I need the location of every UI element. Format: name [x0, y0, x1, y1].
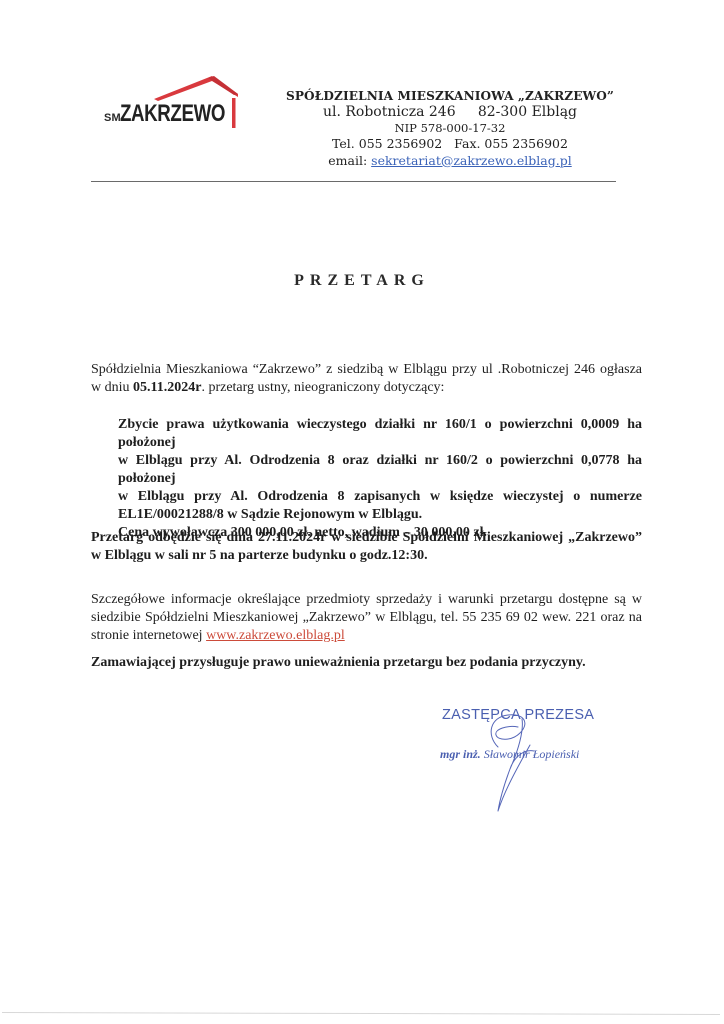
subject-paragraph: Zbycie prawa użytkowania wieczystego dzi…: [118, 416, 642, 542]
organization-name: SPÓŁDZIELNIA MIESZKANIOWA „ZAKRZEWO”: [285, 88, 615, 103]
organization-address: ul. Robotnicza 246 82-300 Elbląg: [280, 103, 620, 121]
scan-edge: [2, 1012, 720, 1015]
organization-nip: NIP 578-000-17-32: [280, 121, 620, 136]
venue-line-2: w Elblągu w sali nr 5 na parterze budynk…: [91, 547, 642, 565]
header-divider: [91, 181, 616, 182]
subject-line: w Elblągu przy Al. Odrodzenia 8 oraz dzi…: [118, 452, 642, 488]
details-prefix: stronie internetowej: [91, 628, 206, 643]
intro-suffix: . przetarg ustny, nieograniczony dotyczą…: [201, 380, 444, 395]
details-line-2: siedzibie Spółdzielni Mieszkaniowej „Zak…: [91, 609, 642, 627]
venue-paragraph: Przetarg odbędzie się dnia 27.11.2024r w…: [91, 529, 642, 565]
subject-line: EL1E/00021288/8 w Sądzie Rejonowym w Elb…: [118, 506, 642, 524]
auction-announcement-date: 05.11.2024r: [133, 380, 201, 395]
document-title: PRZETARG: [0, 272, 724, 290]
intro-paragraph: Spółdzielnia Mieszkaniowa “Zakrzewo” z s…: [91, 361, 642, 397]
subject-line: w Elblągu przy Al. Odrodzenia 8 zapisany…: [118, 488, 642, 506]
venue-line-1: Przetarg odbędzie się dnia 27.11.2024r w…: [91, 529, 642, 547]
intro-line-2: w dniu 05.11.2024r. przetarg ustny, nieo…: [91, 379, 642, 397]
intro-prefix: w dniu: [91, 380, 133, 395]
logo-name: ZAKRZEWO: [120, 100, 225, 128]
website-link[interactable]: www.zakrzewo.elblag.pl: [206, 628, 345, 643]
cancellation-notice: Zamawiającej przysługuje prawo unieważni…: [91, 654, 642, 672]
organization-email-line: email: sekretariat@zakrzewo.elblag.pl: [280, 153, 620, 170]
details-paragraph: Szczegółowe informacje określające przed…: [91, 591, 642, 645]
signature-stamp: ZASTĘPCA PREZESA mgr inż. Sławomir Łopie…: [438, 707, 638, 817]
company-logo: SM ZAKRZEWO: [88, 72, 248, 132]
subject-line: Zbycie prawa użytkowania wieczystego dzi…: [118, 416, 642, 452]
logo-prefix: SM: [104, 112, 121, 124]
intro-line-1: Spółdzielnia Mieszkaniowa “Zakrzewo” z s…: [91, 361, 642, 379]
organization-phone-fax: Tel. 055 2356902 Fax. 055 2356902: [280, 136, 620, 153]
details-line-3: stronie internetowej www.zakrzewo.elblag…: [91, 627, 642, 645]
details-line-1: Szczegółowe informacje określające przed…: [91, 591, 642, 609]
email-link[interactable]: sekretariat@zakrzewo.elblag.pl: [371, 153, 572, 168]
email-label: email:: [328, 153, 371, 168]
organization-header: SPÓŁDZIELNIA MIESZKANIOWA „ZAKRZEWO” ul.…: [280, 88, 620, 169]
handwritten-signature-icon: [438, 707, 638, 817]
